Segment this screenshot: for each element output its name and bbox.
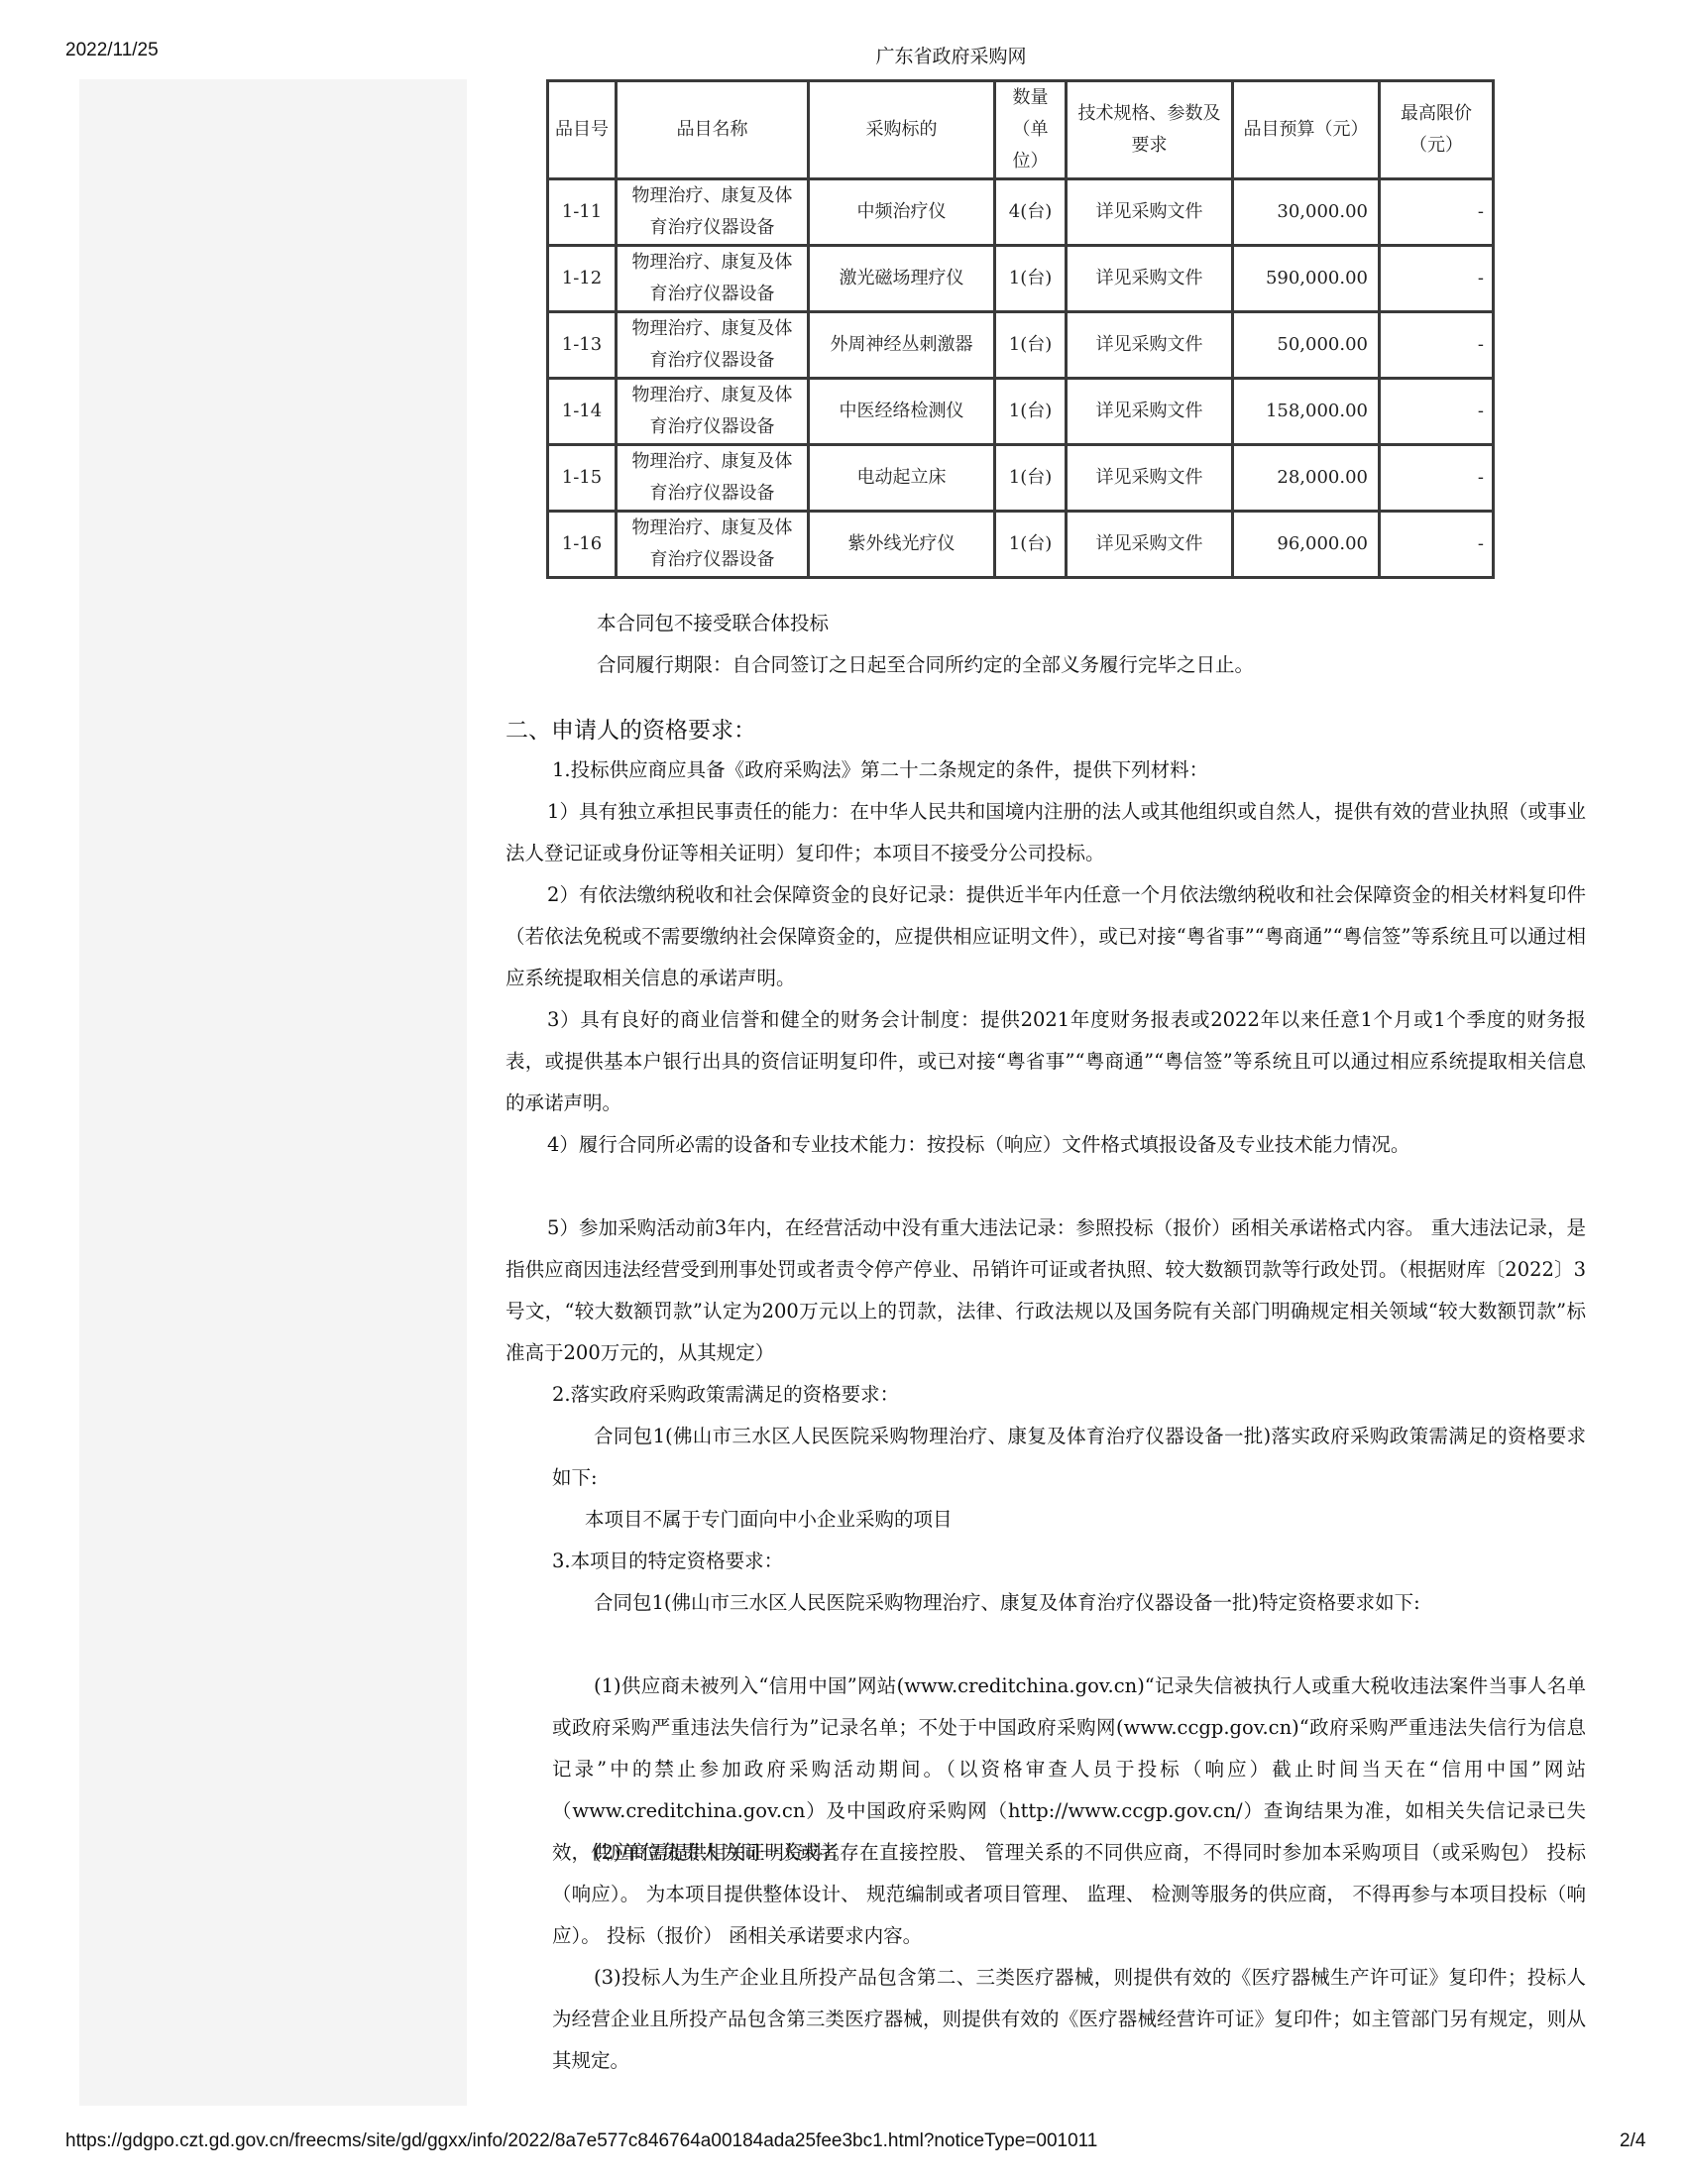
cell-item-no: 1-12 — [548, 246, 617, 312]
cell-quantity: 1(台) — [995, 379, 1067, 445]
qualification-item-1-intro: 1.投标供应商应具备《政府采购法》第二十二条规定的条件，提供下列材料： — [552, 749, 1208, 791]
col-header-spec: 技术规格、参数及要求 — [1067, 81, 1233, 179]
cell-budget: 28,000.00 — [1233, 445, 1380, 512]
cell-item-name: 物理治疗、康复及体育治疗仪器设备 — [617, 312, 809, 379]
procurement-items-table: 品目号 品目名称 采购标的 数量（单位） 技术规格、参数及要求 品目预算（元） … — [546, 79, 1495, 579]
cell-max-price: - — [1380, 379, 1494, 445]
table-row: 1-15 物理治疗、康复及体育治疗仪器设备 电动起立床 1(台) 详见采购文件 … — [548, 445, 1494, 512]
cell-max-price: - — [1380, 179, 1494, 246]
site-title: 广东省政府采购网 — [0, 42, 1688, 68]
requirement-3: 3）具有良好的商业信誉和健全的财务会计制度：提供2021年度财务报表或2022年… — [506, 999, 1586, 1124]
cell-item-name: 物理治疗、康复及体育治疗仪器设备 — [617, 379, 809, 445]
col-header-budget: 品目预算（元） — [1233, 81, 1380, 179]
cell-item-no: 1-11 — [548, 179, 617, 246]
cell-target: 中频治疗仪 — [809, 179, 995, 246]
col-header-max-price: 最高限价（元） — [1380, 81, 1494, 179]
cell-item-no: 1-15 — [548, 445, 617, 512]
joint-bid-note: 本合同包不接受联合体投标 — [597, 603, 829, 644]
cell-item-no: 1-13 — [548, 312, 617, 379]
cell-budget: 50,000.00 — [1233, 312, 1380, 379]
col-header-item-no: 品目号 — [548, 81, 617, 179]
cell-spec: 详见采购文件 — [1067, 312, 1233, 379]
cell-item-name: 物理治疗、康复及体育治疗仪器设备 — [617, 179, 809, 246]
special-requirements-body: 合同包1(佛山市三水区人民医院采购物理治疗、康复及体育治疗仪器设备一批)特定资格… — [552, 1582, 1586, 1624]
table-row: 1-12 物理治疗、康复及体育治疗仪器设备 激光磁场理疗仪 1(台) 详见采购文… — [548, 246, 1494, 312]
cell-item-name: 物理治疗、康复及体育治疗仪器设备 — [617, 512, 809, 578]
cell-spec: 详见采购文件 — [1067, 246, 1233, 312]
site-title-text: 广东省政府采购网 — [875, 47, 1026, 67]
cell-item-name: 物理治疗、康复及体育治疗仪器设备 — [617, 445, 809, 512]
section-heading-qualifications: 二、申请人的资格要求： — [506, 712, 756, 745]
cell-target: 中医经络检测仪 — [809, 379, 995, 445]
cell-quantity: 1(台) — [995, 246, 1067, 312]
cell-target: 电动起立床 — [809, 445, 995, 512]
table-row: 1-11 物理治疗、康复及体育治疗仪器设备 中频治疗仪 4(台) 详见采购文件 … — [548, 179, 1494, 246]
cell-spec: 详见采购文件 — [1067, 512, 1233, 578]
col-header-quantity: 数量（单位） — [995, 81, 1067, 179]
cell-target: 激光磁场理疗仪 — [809, 246, 995, 312]
sme-note: 本项目不属于专门面向中小企业采购的项目 — [585, 1499, 953, 1541]
special-requirement-3: (3)投标人为生产企业且所投产品包含第二、三类医疗器械，则提供有效的《医疗器械生… — [552, 1957, 1586, 2082]
col-header-target: 采购标的 — [809, 81, 995, 179]
requirement-1: 1）具有独立承担民事责任的能力：在中华人民共和国境内注册的法人或其他组织或自然人… — [506, 791, 1586, 874]
cell-budget: 590,000.00 — [1233, 246, 1380, 312]
cell-spec: 详见采购文件 — [1067, 179, 1233, 246]
cell-budget: 96,000.00 — [1233, 512, 1380, 578]
requirement-5: 5）参加采购活动前3年内，在经营活动中没有重大违法记录：参照投标（报价）函相关承… — [506, 1207, 1586, 1374]
cell-quantity: 1(台) — [995, 312, 1067, 379]
cell-target: 外周神经丛刺激器 — [809, 312, 995, 379]
policy-requirements-body: 合同包1(佛山市三水区人民医院采购物理治疗、康复及体育治疗仪器设备一批)落实政府… — [552, 1416, 1586, 1499]
footer-page-number: 2/4 — [1620, 2130, 1645, 2152]
cell-spec: 详见采购文件 — [1067, 445, 1233, 512]
cell-item-no: 1-16 — [548, 512, 617, 578]
left-sidebar-placeholder — [79, 79, 467, 2106]
table-row: 1-16 物理治疗、康复及体育治疗仪器设备 紫外线光疗仪 1(台) 详见采购文件… — [548, 512, 1494, 578]
cell-budget: 30,000.00 — [1233, 179, 1380, 246]
special-requirement-2: (2)单位负责人为同一人或者存在直接控股、 管理关系的不同供应商，不得同时参加本… — [552, 1832, 1586, 1957]
cell-spec: 详见采购文件 — [1067, 379, 1233, 445]
contract-period-note: 合同履行期限：自合同签订之日起至合同所约定的全部义务履行完毕之日止。 — [597, 644, 1254, 686]
cell-quantity: 4(台) — [995, 179, 1067, 246]
cell-quantity: 1(台) — [995, 445, 1067, 512]
table-header-row: 品目号 品目名称 采购标的 数量（单位） 技术规格、参数及要求 品目预算（元） … — [548, 81, 1494, 179]
cell-quantity: 1(台) — [995, 512, 1067, 578]
qualification-item-3-intro: 3.本项目的特定资格要求： — [552, 1541, 783, 1582]
requirement-4: 4）履行合同所必需的设备和专业技术能力：按投标（响应）文件格式填报设备及专业技术… — [506, 1124, 1586, 1166]
footer-url: https://gdgpo.czt.gd.gov.cn/freecms/site… — [65, 2130, 1097, 2152]
cell-target: 紫外线光疗仪 — [809, 512, 995, 578]
cell-max-price: - — [1380, 512, 1494, 578]
qualification-item-2-intro: 2.落实政府采购政策需满足的资格要求： — [552, 1374, 899, 1416]
cell-max-price: - — [1380, 246, 1494, 312]
cell-budget: 158,000.00 — [1233, 379, 1380, 445]
requirement-2: 2）有依法缴纳税收和社会保障资金的良好记录：提供近半年内任意一个月依法缴纳税收和… — [506, 874, 1586, 999]
cell-max-price: - — [1380, 312, 1494, 379]
cell-item-name: 物理治疗、康复及体育治疗仪器设备 — [617, 246, 809, 312]
cell-max-price: - — [1380, 445, 1494, 512]
table-row: 1-13 物理治疗、康复及体育治疗仪器设备 外周神经丛刺激器 1(台) 详见采购… — [548, 312, 1494, 379]
cell-item-no: 1-14 — [548, 379, 617, 445]
table-row: 1-14 物理治疗、康复及体育治疗仪器设备 中医经络检测仪 1(台) 详见采购文… — [548, 379, 1494, 445]
col-header-item-name: 品目名称 — [617, 81, 809, 179]
